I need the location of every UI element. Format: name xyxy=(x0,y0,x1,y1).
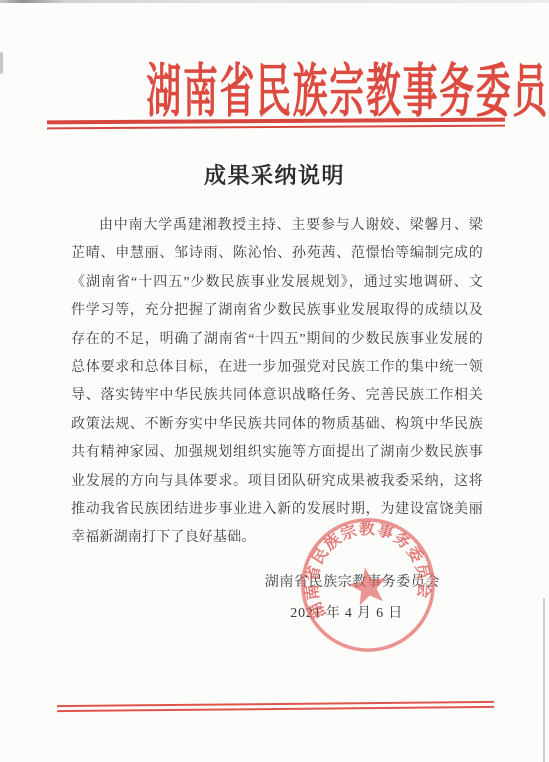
body-paragraph: 由中南大学禹建湘教授主持、主要参与人谢姣、梁馨月、梁 芷晴、申慧丽、邹诗雨、陈沁… xyxy=(71,212,483,553)
scan-top-edge-artifact xyxy=(0,0,549,3)
body-line: 芷晴、申慧丽、邹诗雨、陈沁怡、孙苑茜、范憬怡等编制完成的 xyxy=(71,240,483,268)
scanned-letter-page: 湖南省民族宗教事务委员会 成果采纳说明 由中南大学禹建湘教授主持、主要参与人谢姣… xyxy=(0,0,549,762)
body-line: 推动我省民族团结进步事业进入新的发展时期，为建设富饶美丽 xyxy=(71,496,483,524)
body-line: 幸福新湖南打下了良好基础。 xyxy=(71,524,483,552)
body-line: 共有精神家园、加强规划组织实施等方面提出了湖南少数民族事 xyxy=(71,439,483,467)
body-line: 存在的不足，明确了湖南省“十四五”期间的少数民族事业发展的 xyxy=(71,326,483,354)
signature-date: 2021 年 4 月 6 日 xyxy=(290,602,403,622)
body-line: 导、落实铸牢中华民族共同体意识战略任务、完善民族工作相关 xyxy=(71,382,483,410)
footer-double-rule xyxy=(57,701,494,712)
body-line: 业发展的方向与具体要求。项目团队研究成果被我委采纳，这将 xyxy=(71,468,483,496)
body-line: 政策法规、不断夯实中华民族共同体的物质基础、构筑中华民族 xyxy=(71,411,483,439)
body-line: 由中南大学禹建湘教授主持、主要参与人谢姣、梁馨月、梁 xyxy=(71,212,483,240)
body-line: 总体要求和总体目标，在进一步加强党对民族工作的集中统一领 xyxy=(71,354,483,382)
signature-organization: 湖南省民族宗教事务委员会 xyxy=(265,571,440,591)
letterhead-wrap: 湖南省民族宗教事务委员会 xyxy=(0,44,549,128)
scan-right-edge-artifact xyxy=(543,598,545,762)
body-line: 《湖南省“十四五”少数民族事业发展规划》，通过实地调研、文 xyxy=(71,269,483,297)
letterhead-title: 湖南省民族宗教事务委员会 xyxy=(146,44,549,128)
document-title: 成果采纳说明 xyxy=(0,159,549,190)
body-line: 件学习等，充分把握了湖南省少数民族事业发展取得的成绩以及 xyxy=(71,297,483,325)
